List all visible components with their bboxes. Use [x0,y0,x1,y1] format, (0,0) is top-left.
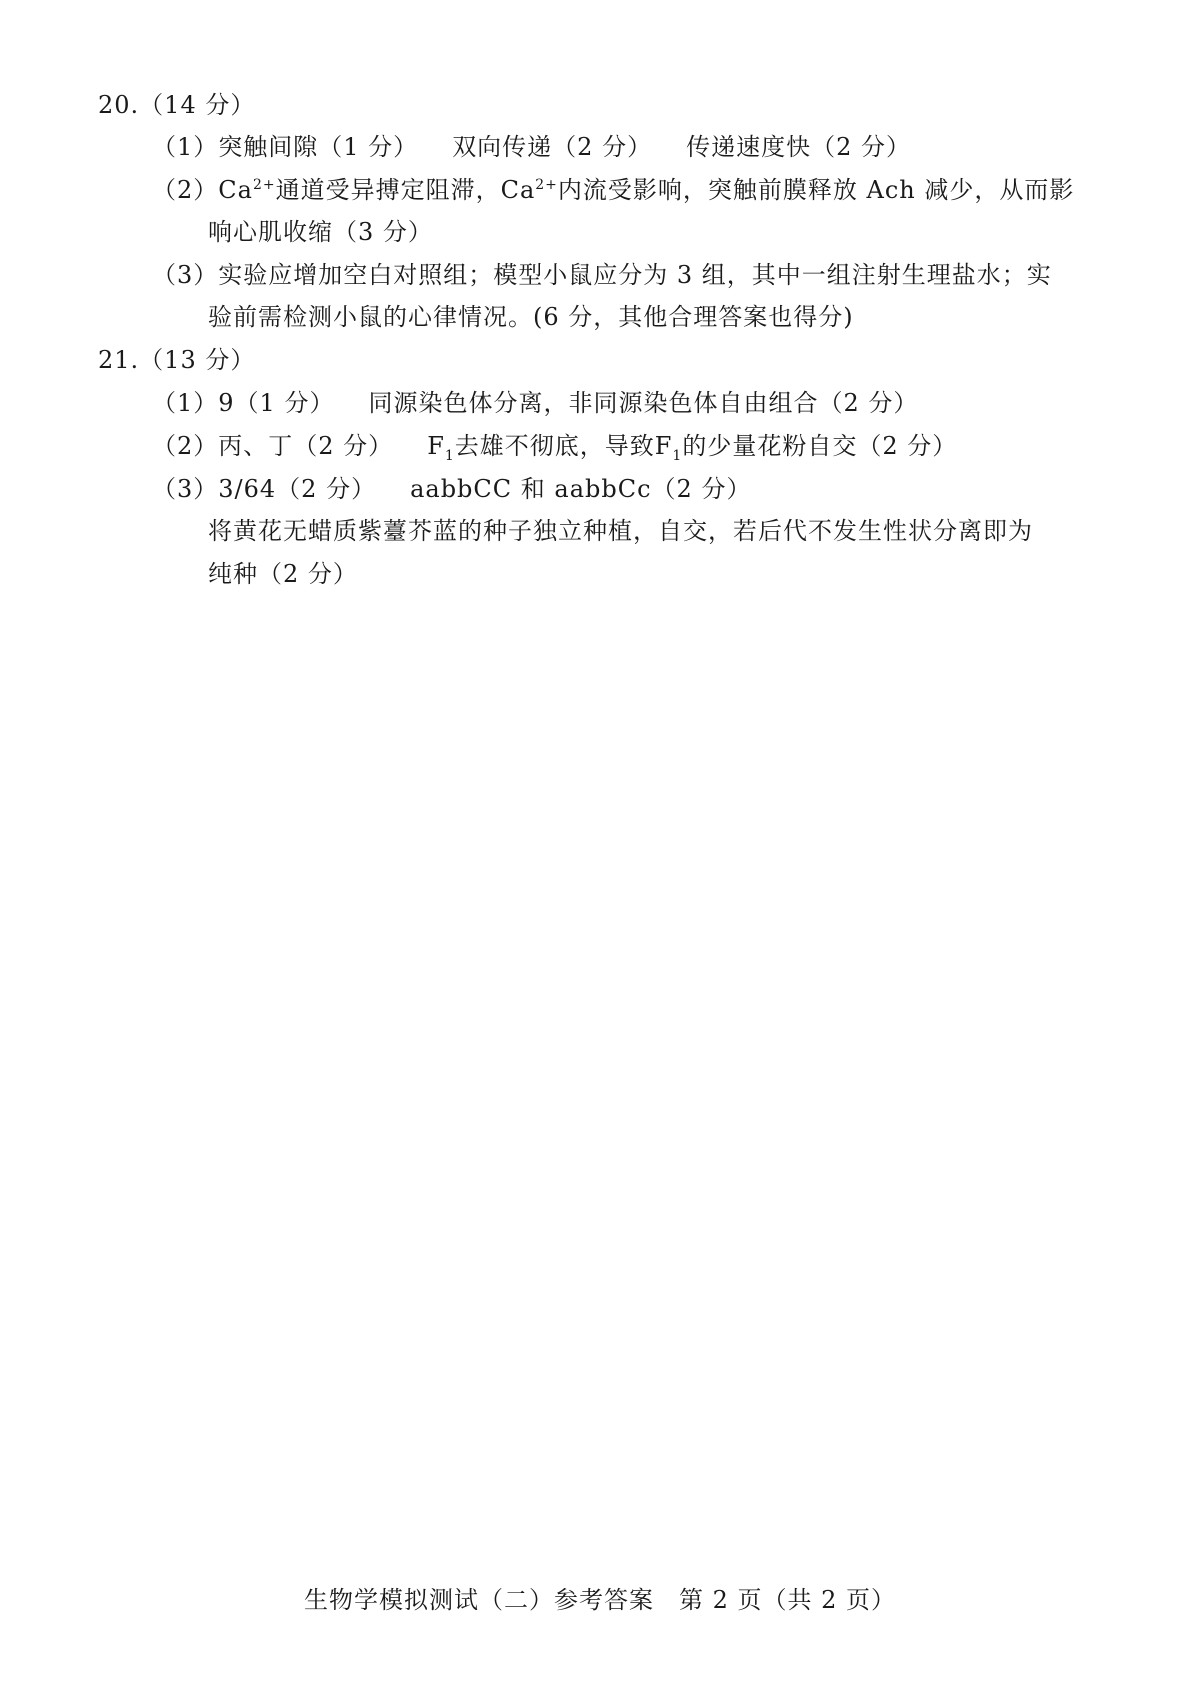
question-20-header: 20.（14 分） [98,90,255,120]
question-number: 20. [98,91,139,119]
answer-segment: 9（1 分） [218,389,334,417]
q20-part-1: （1）突触间隙（1 分）双向传递（2 分）传递速度快（2 分） [152,132,911,162]
answer-text: 实验应增加空白对照组；模型小鼠应分为 3 组，其中一组注射生理盐水；实 [218,261,1052,289]
page-footer: 生物学模拟测试（二）参考答案 第 2 页（共 2 页） [0,1585,1200,1615]
calcium-symbol: Ca [501,176,536,204]
f1-subscript: 1 [445,448,455,464]
answer-key-page: 20.（14 分） （1）突触间隙（1 分）双向传递（2 分）传递速度快（2 分… [0,0,1200,1697]
q20-part-3-line-2: 验前需检测小鼠的心律情况。(6 分，其他合理答案也得分) [208,302,854,332]
answer-text: 内流受影响，突触前膜释放 Ach 减少，从而影 [558,176,1075,204]
q21-part-3-line-1: （3）3/64（2 分）aabbCC 和 aabbCc（2 分） [152,474,751,504]
part-label: （1） [152,133,218,161]
q21-part-3-line-3: 纯种（2 分） [208,559,358,589]
part-label: （3） [152,261,218,289]
q20-part-3-line-1: （3）实验应增加空白对照组；模型小鼠应分为 3 组，其中一组注射生理盐水；实 [152,260,1052,290]
answer-segment: 突触间隙（1 分） [218,133,418,161]
answer-text: 去雄不彻底，导致 [455,432,655,460]
f1-symbol: F [427,432,445,460]
question-score: （13 分） [139,346,255,374]
answer-segment: 双向传递（2 分） [452,133,652,161]
part-label: （2） [152,176,218,204]
question-score: （14 分） [139,91,255,119]
part-label: （2） [152,432,218,460]
calcium-symbol: Ca [218,176,253,204]
answer-segment: 传递速度快（2 分） [686,133,911,161]
q21-part-3-line-2: 将黄花无蜡质紫薹芥蓝的种子独立种植，自交，若后代不发生性状分离即为 [208,516,1033,546]
answer-segment: aabbCC 和 aabbCc（2 分） [410,475,751,503]
answer-text: 的少量花粉自交（2 分） [682,432,957,460]
answer-text: 通道受异搏定阻滞， [276,176,501,204]
answer-segment: 同源染色体分离，非同源染色体自由组合（2 分） [368,389,918,417]
charge-superscript: 2+ [535,177,558,193]
question-number: 21. [98,346,139,374]
f1-subscript: 1 [672,448,682,464]
answer-segment: 丙、丁（2 分） [218,432,393,460]
question-21-header: 21.（13 分） [98,345,255,375]
q20-part-2-line-2: 响心肌收缩（3 分） [208,217,433,247]
q20-part-2-line-1: （2）Ca2+通道受异搏定阻滞，Ca2+内流受影响，突触前膜释放 Ach 减少，… [152,175,1074,205]
charge-superscript: 2+ [253,177,276,193]
part-label: （1） [152,389,218,417]
part-label: （3） [152,475,218,503]
f1-symbol: F [655,432,673,460]
answer-segment: 3/64（2 分） [218,475,376,503]
q21-part-1: （1）9（1 分）同源染色体分离，非同源染色体自由组合（2 分） [152,388,918,418]
q21-part-2: （2）丙、丁（2 分）F1去雄不彻底，导致F1的少量花粉自交（2 分） [152,431,957,461]
